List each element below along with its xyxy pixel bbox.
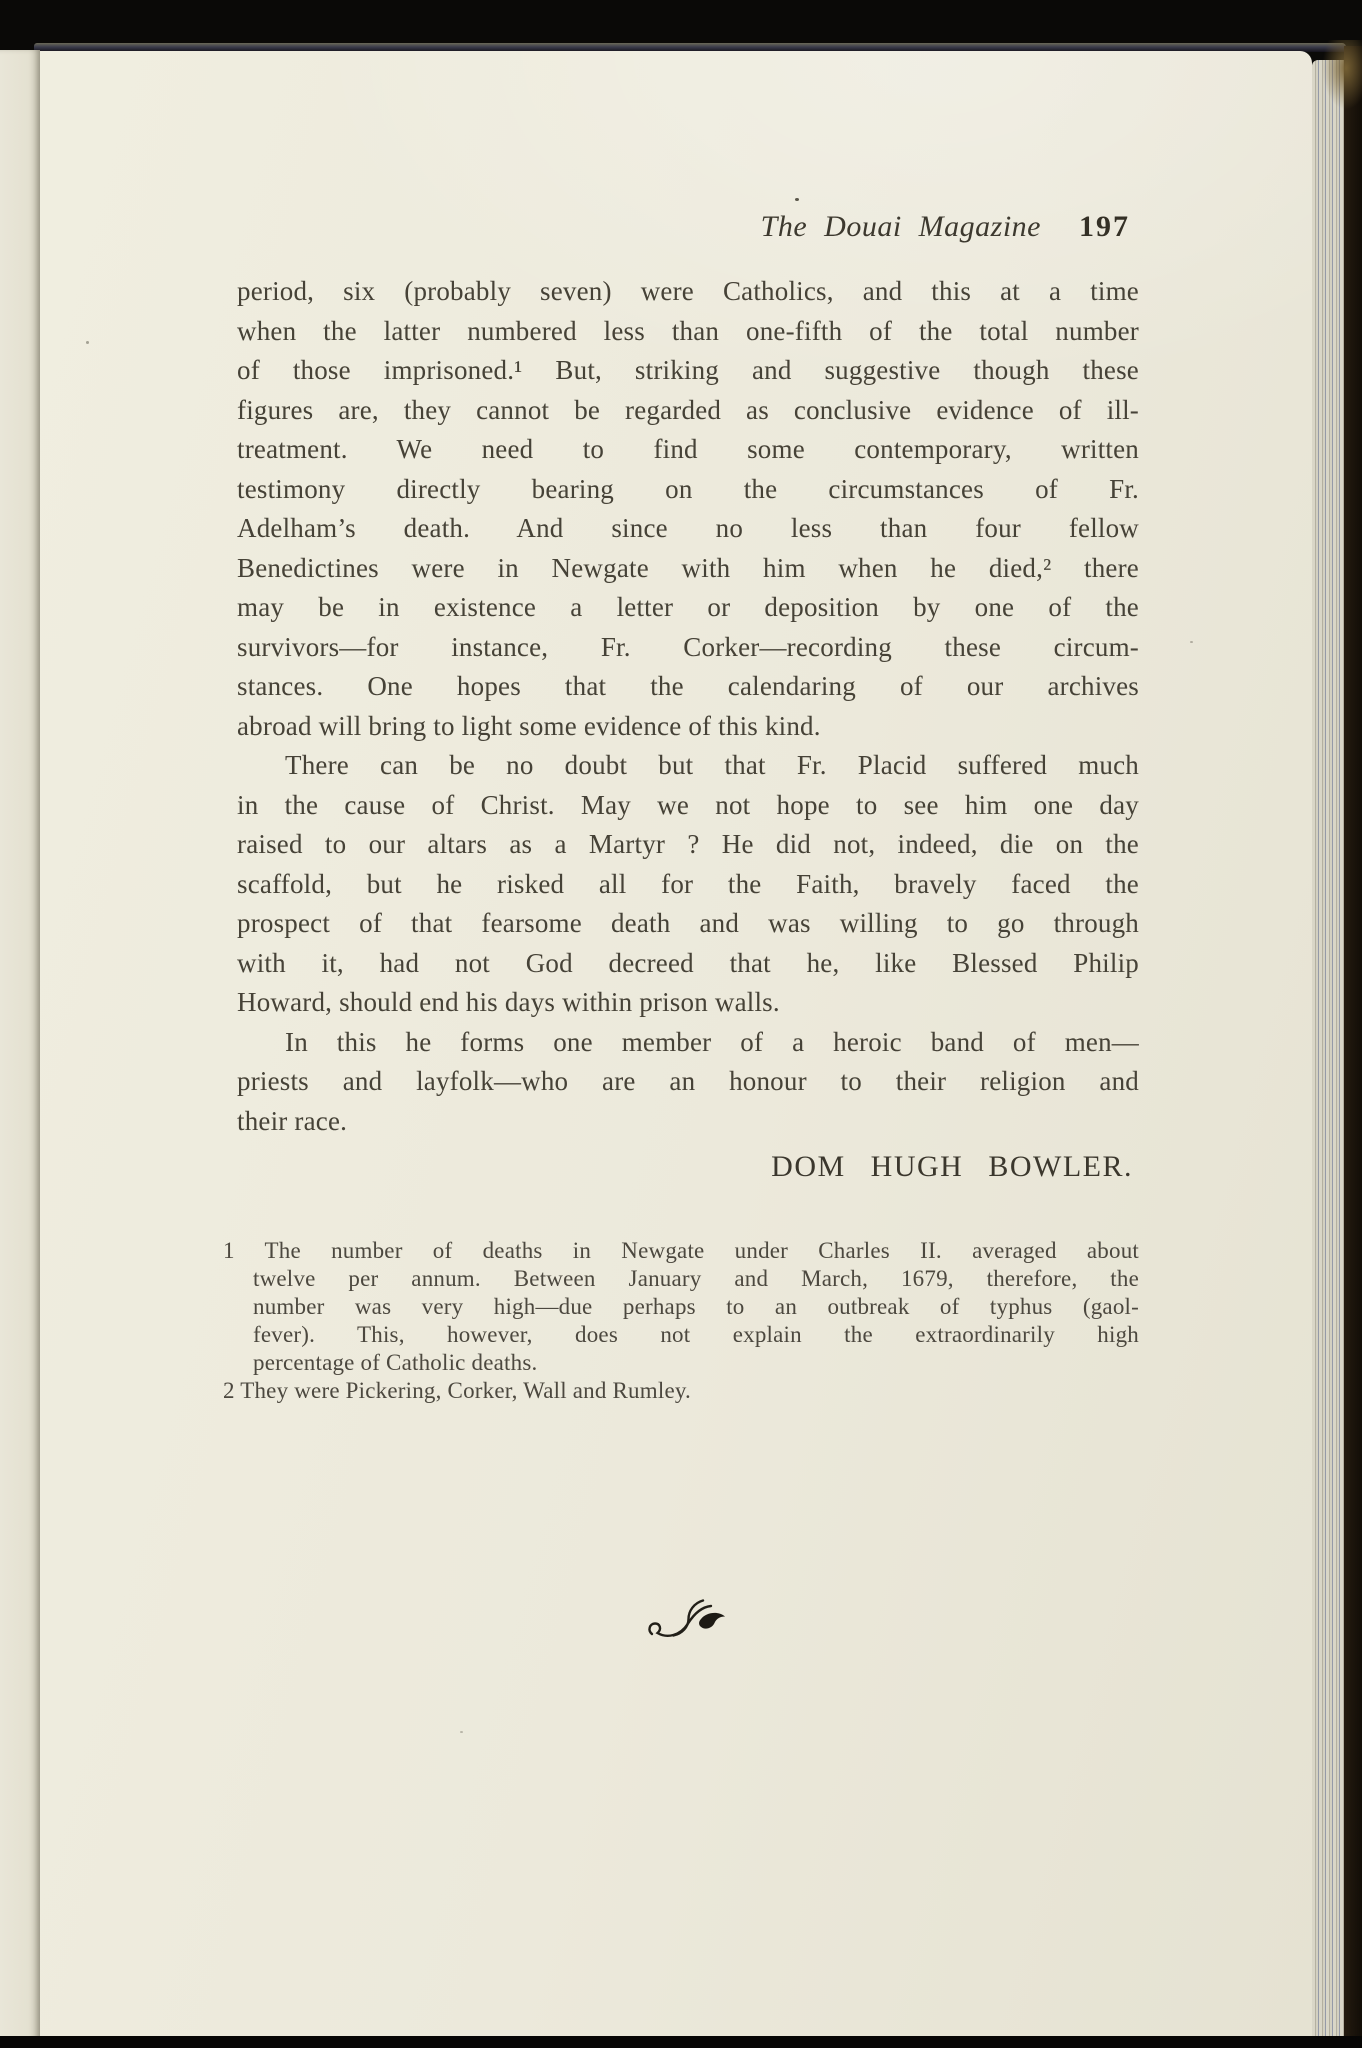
footnotes-block: 1 The number of deaths in Newgate under … [223, 1237, 1139, 1405]
text-line: abroad will bring to light some evidence… [237, 707, 1139, 747]
scan-speck [86, 341, 89, 344]
text-line: period, six (probably seven) were Cathol… [237, 272, 1139, 312]
footnote-line: fever). This, however, does not explain … [223, 1321, 1139, 1349]
text-line: In this he forms one member of a heroic … [237, 1023, 1139, 1063]
text-line: with it, had not God decreed that he, li… [237, 944, 1139, 984]
footnote-line: 1 The number of deaths in Newgate under … [223, 1237, 1139, 1265]
text-line: treatment. We need to find some contempo… [237, 430, 1139, 470]
printer-flourish-icon [237, 1595, 1139, 1645]
body-text-column: period, six (probably seven) were Cathol… [237, 272, 1139, 1645]
book-cover-edge [1344, 46, 1362, 2048]
text-line: raised to our altars as a Martyr ? He di… [237, 825, 1139, 865]
text-line: There can be no doubt but that Fr. Placi… [237, 746, 1139, 786]
scan-speck [795, 198, 799, 201]
text-line: testimony directly bearing on the circum… [237, 470, 1139, 510]
footnote-line: twelve per annum. Between January and Ma… [223, 1265, 1139, 1293]
footnote-line: 2 They were Pickering, Corker, Wall and … [223, 1377, 1139, 1405]
running-header: The Douai Magazine 197 [761, 210, 1130, 244]
magazine-page: The Douai Magazine 197 period, six (prob… [40, 51, 1312, 2042]
cover-corner-wear [1322, 40, 1362, 110]
footnote-2: 2 They were Pickering, Corker, Wall and … [223, 1377, 1139, 1405]
author-signature: DOM HUGH BOWLER. [237, 1147, 1139, 1187]
text-line: Howard, should end his days within priso… [237, 983, 1139, 1023]
paragraph-continuation: period, six (probably seven) were Cathol… [237, 272, 1139, 746]
paragraph-placid-suffering: There can be no doubt but that Fr. Placi… [237, 746, 1139, 1023]
journal-title: The Douai Magazine [761, 210, 1041, 244]
text-line: priests and layfolk—who are an honour to… [237, 1062, 1139, 1102]
bottom-shadow [0, 2036, 1362, 2048]
fore-edge-page-stack [1312, 60, 1346, 2048]
text-line: Adelham’s death. And since no less than … [237, 509, 1139, 549]
footnote-line: percentage of Catholic deaths. [223, 1349, 1139, 1377]
text-line: stances. One hopes that the calendaring … [237, 667, 1139, 707]
scan-speck [460, 1731, 463, 1733]
text-line: survivors—for instance, Fr. Corker—recor… [237, 628, 1139, 668]
paragraph-heroic-band: In this he forms one member of a heroic … [237, 1023, 1139, 1142]
gutter-page-edge [0, 50, 40, 2042]
text-line: of those imprisoned.¹ But, striking and … [237, 351, 1139, 391]
footnote-1: 1 The number of deaths in Newgate under … [223, 1237, 1139, 1377]
text-line: may be in existence a letter or depositi… [237, 588, 1139, 628]
text-line: Benedictines were in Newgate with him wh… [237, 549, 1139, 589]
text-line: when the latter numbered less than one-f… [237, 312, 1139, 352]
page-number: 197 [1079, 210, 1130, 244]
text-line: figures are, they cannot be regarded as … [237, 391, 1139, 431]
footnote-line: number was very high—due perhaps to an o… [223, 1293, 1139, 1321]
scan-speck [1190, 641, 1193, 643]
text-line: prospect of that fearsome death and was … [237, 904, 1139, 944]
text-line: their race. [237, 1102, 1139, 1142]
scanned-book-photo: The Douai Magazine 197 period, six (prob… [0, 0, 1362, 2048]
text-line: scaffold, but he risked all for the Fait… [237, 865, 1139, 905]
text-line: in the cause of Christ. May we not hope … [237, 786, 1139, 826]
